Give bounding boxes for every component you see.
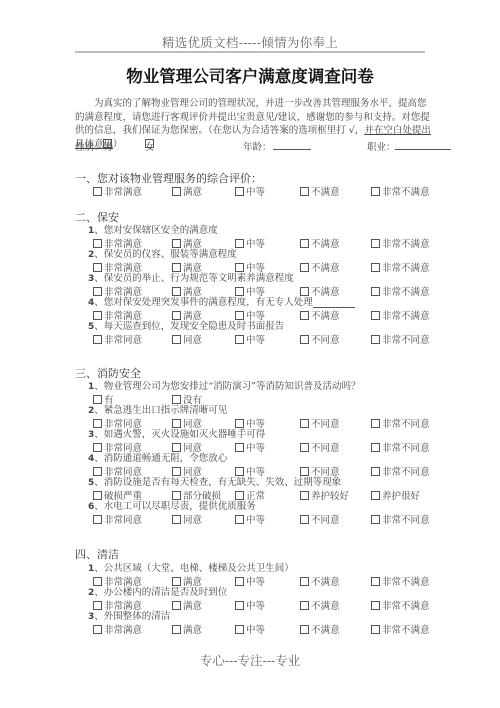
option-label: 满意 bbox=[183, 187, 202, 198]
option-checkbox[interactable]: 非常不满意 bbox=[371, 260, 430, 274]
option-label: 非常同意 bbox=[104, 335, 142, 346]
option-label: 中等 bbox=[246, 577, 265, 588]
option-checkbox[interactable]: 中等 bbox=[235, 236, 265, 250]
option-checkbox[interactable]: 非常不同意 bbox=[371, 332, 430, 346]
option-label: 中等 bbox=[246, 239, 265, 250]
option-checkbox[interactable]: 不满意 bbox=[300, 622, 340, 636]
option-checkbox[interactable]: 不同意 bbox=[300, 416, 340, 430]
option-checkbox[interactable]: 非常同意 bbox=[93, 332, 142, 346]
page-footer: 专心---专注---专业 bbox=[0, 651, 500, 669]
question-text: 1、您对安保辖区安全的满意度 bbox=[88, 222, 218, 236]
option-checkbox[interactable]: 不同意 bbox=[300, 512, 340, 526]
checkbox-icon[interactable] bbox=[235, 601, 244, 610]
option-label: 非常不同意 bbox=[382, 515, 430, 526]
option-label: 中等 bbox=[246, 601, 265, 612]
options-row: 非常满意满意中等不满意非常不满意 bbox=[0, 236, 500, 249]
checkbox-icon[interactable] bbox=[371, 335, 380, 344]
checkbox-icon[interactable] bbox=[172, 187, 181, 196]
option-label: 中等 bbox=[246, 515, 265, 526]
checkbox-icon[interactable] bbox=[93, 625, 102, 634]
option-checkbox[interactable]: 中等 bbox=[235, 598, 265, 612]
option-label: 同意 bbox=[183, 335, 202, 346]
checkbox-icon[interactable] bbox=[235, 515, 244, 524]
question-text: 2、保安员的仪容、服装等满意程度 bbox=[88, 246, 237, 260]
option-checkbox[interactable]: 不同意 bbox=[300, 332, 340, 346]
checkbox-icon[interactable] bbox=[371, 419, 380, 428]
question-text: 3、保安员的举止、行为规范等文明素养满意程度 bbox=[88, 270, 294, 284]
option-label: 养护较好 bbox=[311, 491, 349, 502]
option-checkbox[interactable]: 非常满意 bbox=[93, 184, 142, 198]
checkbox-icon[interactable] bbox=[300, 577, 309, 586]
checkbox-icon[interactable] bbox=[371, 187, 380, 196]
option-checkbox[interactable]: 中等 bbox=[235, 332, 265, 346]
checkbox-icon[interactable] bbox=[371, 467, 380, 476]
checkbox-icon[interactable] bbox=[300, 419, 309, 428]
option-label: 不同意 bbox=[311, 419, 340, 430]
checkbox-icon[interactable] bbox=[235, 335, 244, 344]
question-text: 2、紧急逃生出口指示牌清晰可见 bbox=[88, 402, 227, 416]
question-text: 1、物业管理公司为您安排过“消防演习”等消防知识普及活动吗？ bbox=[88, 378, 360, 392]
question-label: 、物业管理公司为您安排过“消防演习”等消防知识普及活动吗？ bbox=[94, 381, 360, 392]
option-checkbox[interactable]: 非常不满意 bbox=[371, 184, 430, 198]
age-label: 年龄： bbox=[243, 139, 272, 153]
option-checkbox[interactable]: 同意 bbox=[172, 332, 202, 346]
question-label: 、如遇火警，灭火设施如灭火器唾手可得 bbox=[94, 429, 265, 440]
options-row: 非常满意满意中等不满意非常不满意 bbox=[0, 598, 500, 611]
option-label: 不同意 bbox=[311, 335, 340, 346]
checkbox-icon[interactable] bbox=[371, 287, 380, 296]
checkbox-icon[interactable] bbox=[300, 239, 309, 248]
options-row: 非常同意同意中等不同意非常不同意 bbox=[0, 512, 500, 525]
option-checkbox[interactable]: 养护较好 bbox=[300, 488, 349, 502]
option-checkbox[interactable]: 不同意 bbox=[300, 440, 340, 454]
option-label: 不满意 bbox=[311, 601, 340, 612]
option-label: 非常不满意 bbox=[382, 601, 430, 612]
question-text: 4、消防通道畅通无阻，令您放心 bbox=[88, 450, 227, 464]
option-label: 不满意 bbox=[311, 577, 340, 588]
checkbox-icon[interactable] bbox=[300, 443, 309, 452]
option-label: 不满意 bbox=[311, 625, 340, 636]
option-label: 非常不同意 bbox=[382, 443, 430, 454]
option-label: 满意 bbox=[183, 625, 202, 636]
checkbox-icon[interactable] bbox=[371, 601, 380, 610]
checkbox-icon[interactable] bbox=[235, 625, 244, 634]
option-checkbox[interactable]: 满意 bbox=[172, 184, 202, 198]
options-row: 非常同意同意中等不同意非常不同意 bbox=[0, 440, 500, 453]
option-label: 非常不同意 bbox=[382, 335, 430, 346]
option-label: 非常不满意 bbox=[382, 239, 430, 250]
option-label: 中等 bbox=[246, 443, 265, 454]
option-label: 不同意 bbox=[311, 443, 340, 454]
option-checkbox[interactable]: 满意 bbox=[172, 622, 202, 636]
option-label: 非常不同意 bbox=[382, 419, 430, 430]
option-checkbox[interactable]: 不满意 bbox=[300, 184, 340, 198]
question-text: 4、您对保安处理突发事件的满意程度，有无专人处理 bbox=[88, 294, 355, 308]
question-label: 、办公楼内的清洁是否及时到位 bbox=[94, 587, 227, 598]
options-row: 非常满意满意中等不满意非常不满意 bbox=[0, 622, 500, 635]
checkbox-icon[interactable] bbox=[93, 335, 102, 344]
checkbox-icon[interactable] bbox=[300, 515, 309, 524]
option-label: 非常不满意 bbox=[382, 287, 430, 298]
checkbox-icon[interactable] bbox=[300, 263, 309, 272]
option-checkbox[interactable]: 非常不满意 bbox=[371, 574, 430, 588]
checkbox-icon[interactable] bbox=[235, 187, 244, 196]
checkbox-icon[interactable] bbox=[235, 443, 244, 452]
checkbox-icon[interactable] bbox=[172, 601, 181, 610]
question-text: 2、办公楼内的清洁是否及时到位 bbox=[88, 584, 227, 598]
checkbox-icon[interactable] bbox=[300, 187, 309, 196]
checkbox-icon[interactable] bbox=[93, 187, 102, 196]
option-checkbox[interactable]: 非常不同意 bbox=[371, 464, 430, 478]
option-label: 中等 bbox=[246, 335, 265, 346]
options-row: 有没有 bbox=[0, 392, 500, 405]
option-label: 同意 bbox=[183, 515, 202, 526]
option-label: 中等 bbox=[246, 187, 265, 198]
checkbox-icon[interactable] bbox=[172, 335, 181, 344]
option-label: 不满意 bbox=[311, 187, 340, 198]
checkbox-icon[interactable] bbox=[93, 515, 102, 524]
checkbox-icon[interactable] bbox=[172, 625, 181, 634]
option-label: 非常满意 bbox=[104, 187, 142, 198]
checkbox-icon[interactable] bbox=[371, 625, 380, 634]
option-label: 不满意 bbox=[311, 239, 340, 250]
question-label: 、紧急逃生出口指示牌清晰可见 bbox=[94, 405, 227, 416]
question-text: 5、每天巡查到位，发现安全隐患及时书面报告 bbox=[88, 318, 284, 332]
question-label: 、每天巡查到位，发现安全隐患及时书面报告 bbox=[94, 321, 284, 332]
option-checkbox[interactable]: 中等 bbox=[235, 440, 265, 454]
question-label: 、保安员的举止、行为规范等文明素养满意程度 bbox=[94, 273, 294, 284]
checkbox-icon[interactable] bbox=[300, 491, 309, 500]
option-checkbox[interactable]: 非常不满意 bbox=[371, 308, 430, 322]
options-row: 非常满意满意中等不满意非常不满意 bbox=[0, 184, 500, 197]
option-checkbox[interactable]: 非常同意 bbox=[93, 512, 142, 526]
option-label: 非常不同意 bbox=[382, 467, 430, 478]
option-checkbox[interactable]: 非常不满意 bbox=[371, 236, 430, 250]
option-checkbox[interactable]: 不满意 bbox=[300, 574, 340, 588]
checkbox-icon[interactable] bbox=[300, 625, 309, 634]
checkbox-icon[interactable] bbox=[371, 515, 380, 524]
option-label: 非常不满意 bbox=[382, 577, 430, 588]
job-label: 职业： bbox=[367, 139, 396, 153]
option-label: 非常不满意 bbox=[382, 263, 430, 274]
handler-answer-field[interactable] bbox=[313, 297, 355, 308]
checkbox-icon[interactable] bbox=[300, 335, 309, 344]
option-label: 非常不满意 bbox=[382, 625, 430, 636]
option-checkbox[interactable]: 非常不同意 bbox=[371, 440, 430, 454]
checkbox-icon[interactable] bbox=[371, 577, 380, 586]
option-checkbox[interactable]: 非常不同意 bbox=[371, 512, 430, 526]
option-checkbox[interactable]: 养护很好 bbox=[371, 488, 420, 502]
question-label: 、您对保安处理突发事件的满意程度，有无专人处理 bbox=[94, 297, 313, 308]
options-row: 非常同意同意中等不同意非常不同意 bbox=[0, 332, 500, 345]
question-label: 、水电工可以尽职尽责，提供优质服务 bbox=[94, 501, 256, 512]
demographics-row: 性别： 男 女 年龄： 职业： bbox=[75, 139, 435, 153]
checkbox-icon[interactable] bbox=[371, 491, 380, 500]
checkbox-icon[interactable] bbox=[371, 443, 380, 452]
header-divider bbox=[75, 51, 425, 53]
option-checkbox[interactable]: 不满意 bbox=[300, 236, 340, 250]
question-text: 5、消防设施是否有每天检查，有无缺失、失效、过期等现象 bbox=[88, 474, 341, 488]
option-checkbox[interactable]: 不满意 bbox=[300, 260, 340, 274]
option-label: 非常满意 bbox=[104, 625, 142, 636]
question-text: 1、公共区域（大堂、电梯、楼梯及公共卫生间） bbox=[88, 560, 294, 574]
question-label: 、保安员的仪容、服装等满意程度 bbox=[94, 249, 237, 260]
option-checkbox[interactable]: 非常不满意 bbox=[371, 284, 430, 298]
option-checkbox[interactable]: 中等 bbox=[235, 512, 265, 526]
page-header: 精选优质文档-----倾情为你奉上 bbox=[0, 33, 500, 51]
option-label: 中等 bbox=[246, 625, 265, 636]
option-label: 不满意 bbox=[311, 263, 340, 274]
option-checkbox[interactable]: 非常不满意 bbox=[371, 598, 430, 612]
option-label: 养护很好 bbox=[382, 491, 420, 502]
checkbox-icon[interactable] bbox=[371, 311, 380, 320]
question-text: 6、水电工可以尽职尽责，提供优质服务 bbox=[88, 498, 256, 512]
option-label: 满意 bbox=[183, 601, 202, 612]
option-label: 非常同意 bbox=[104, 515, 142, 526]
option-checkbox[interactable]: 非常不同意 bbox=[371, 416, 430, 430]
options-row: 非常满意满意中等不满意非常不满意 bbox=[0, 574, 500, 587]
option-checkbox[interactable]: 中等 bbox=[235, 622, 265, 636]
checkbox-icon[interactable] bbox=[235, 577, 244, 586]
gender-label: 性别： bbox=[75, 139, 104, 153]
option-checkbox[interactable]: 中等 bbox=[235, 184, 265, 198]
question-label: 、公共区域（大堂、电梯、楼梯及公共卫生间） bbox=[94, 563, 294, 574]
option-checkbox[interactable]: 同意 bbox=[172, 512, 202, 526]
checkbox-icon[interactable] bbox=[300, 601, 309, 610]
question-label: 、您对安保辖区安全的满意度 bbox=[94, 225, 218, 236]
option-checkbox[interactable]: 不满意 bbox=[300, 308, 340, 322]
option-checkbox[interactable]: 中等 bbox=[235, 574, 265, 588]
option-checkbox[interactable]: 满意 bbox=[172, 598, 202, 612]
option-checkbox[interactable]: 非常不满意 bbox=[371, 622, 430, 636]
option-checkbox[interactable]: 非常满意 bbox=[93, 622, 142, 636]
checkbox-icon[interactable] bbox=[300, 311, 309, 320]
option-label: 不同意 bbox=[311, 515, 340, 526]
option-checkbox[interactable]: 不满意 bbox=[300, 598, 340, 612]
question-text: 3、外围整体的清洁 bbox=[88, 608, 170, 622]
question-label: 、消防设施是否有每天检查，有无缺失、失效、过期等现象 bbox=[94, 477, 341, 488]
document-title: 物业管理公司客户满意度调查问卷 bbox=[0, 63, 500, 87]
question-label: 、外围整体的清洁 bbox=[94, 611, 170, 622]
option-label: 不满意 bbox=[311, 311, 340, 322]
checkbox-icon[interactable] bbox=[371, 239, 380, 248]
checkbox-icon[interactable] bbox=[371, 263, 380, 272]
checkbox-icon[interactable] bbox=[172, 515, 181, 524]
question-label: 、消防通道畅通无阻，令您放心 bbox=[94, 453, 227, 464]
question-text: 3、如遇火警，灭火设施如灭火器唾手可得 bbox=[88, 426, 265, 440]
option-label: 非常不满意 bbox=[382, 311, 430, 322]
option-label: 非常不满意 bbox=[382, 187, 430, 198]
